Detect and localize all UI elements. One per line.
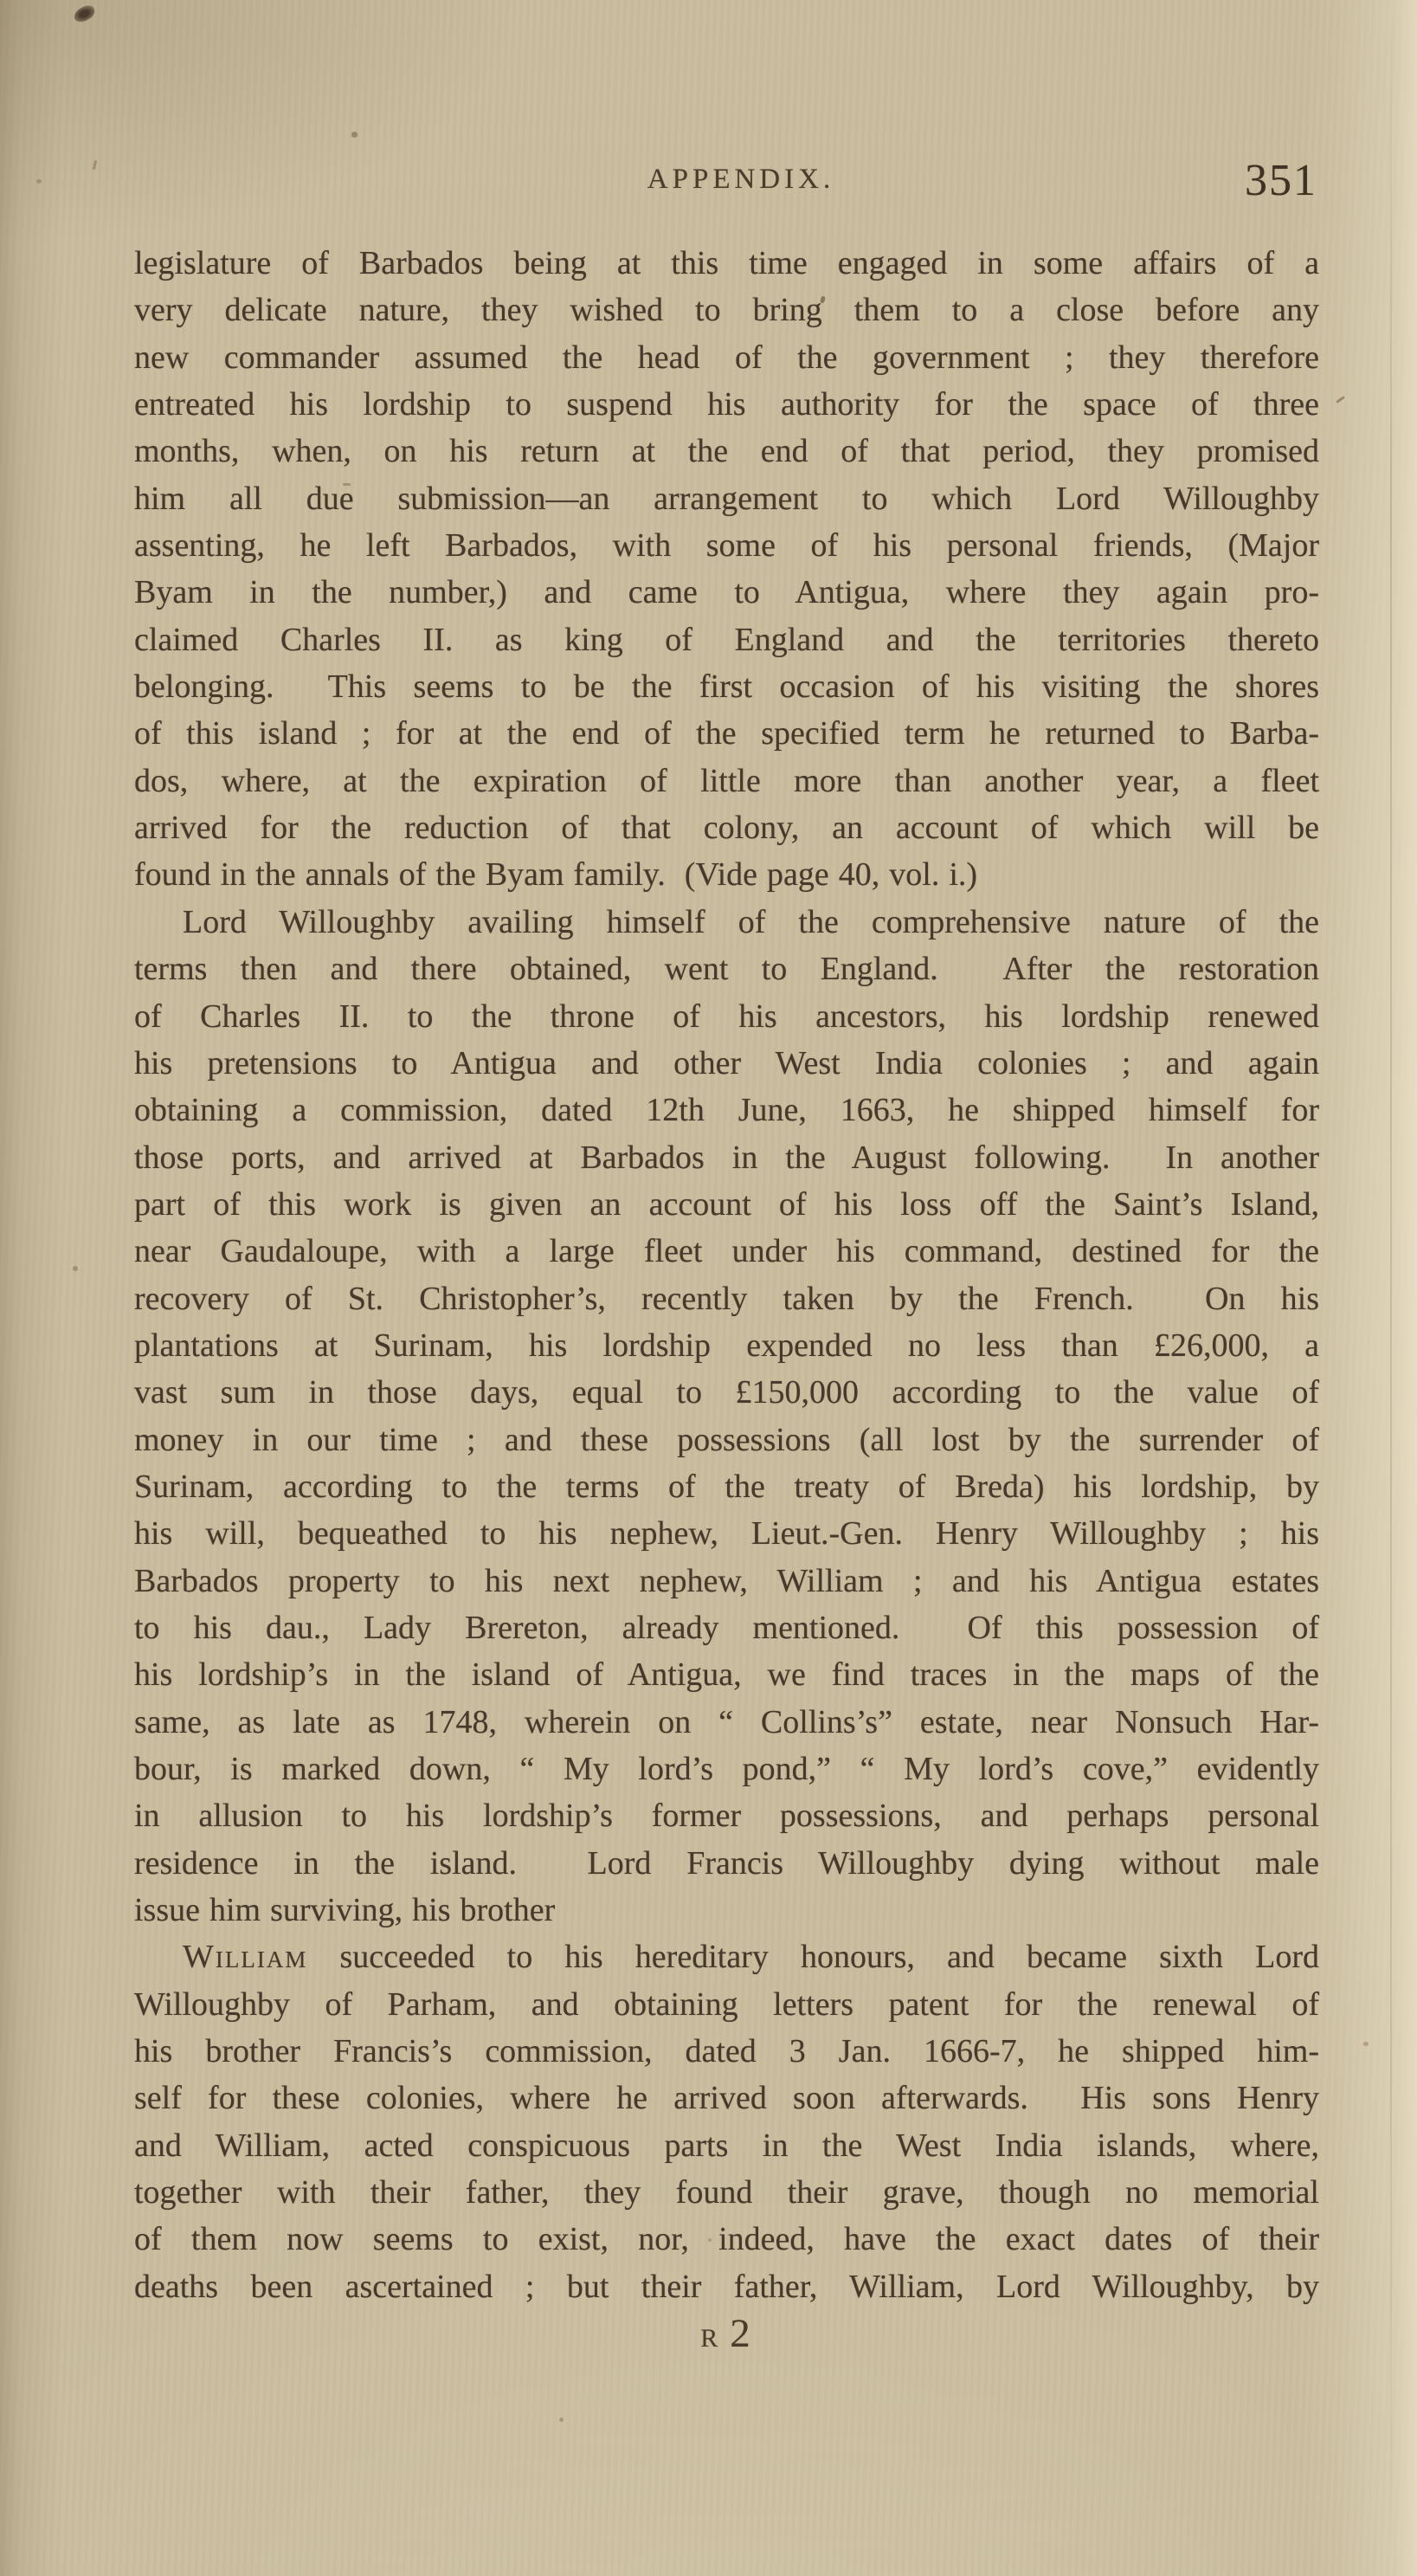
ink-speck — [559, 2418, 564, 2422]
signature-mark: R2 — [132, 2310, 1319, 2357]
ink-blob — [72, 3, 97, 24]
text-line: found in the annals of the Byam family. … — [134, 851, 1319, 898]
text-line: of Charles II. to the throne of his ance… — [134, 993, 1319, 1040]
book-page: APPENDIX. 351 legislature of Barbados be… — [0, 0, 1417, 2576]
text-line: same, as late as 1748, wherein on “ Coll… — [134, 1699, 1319, 1746]
text-line: Willoughby of Parham, and obtaining lett… — [134, 1981, 1319, 2028]
text-line: his lordship’s in the island of Antigua,… — [134, 1651, 1319, 1698]
text-line: money in our time ; and these possession… — [134, 1417, 1319, 1463]
text-line: of this island ; for at the end of the s… — [134, 710, 1319, 757]
ink-speck — [351, 132, 357, 138]
text-line: arrived for the reduction of that colony… — [134, 804, 1319, 851]
ink-speck — [93, 160, 97, 170]
page-edge-crease — [1390, 0, 1392, 2576]
text-line: entreated his lordship to suspend his au… — [134, 381, 1319, 428]
text-line: belonging. This seems to be the first oc… — [134, 663, 1319, 710]
signature-prefix: R — [700, 2324, 718, 2353]
ink-speck — [1363, 2042, 1369, 2046]
text-line: Lord Willoughby availing himself of the … — [134, 899, 1319, 946]
page-number: 351 — [1245, 155, 1317, 206]
text-line: together with their father, they found t… — [134, 2169, 1319, 2216]
text-line: very delicate nature, they wished to bri… — [134, 287, 1319, 333]
text-line: part of this work is given an account of… — [134, 1181, 1319, 1228]
ink-speck — [1336, 396, 1345, 404]
text-line: months, when, on his return at the end o… — [134, 428, 1319, 475]
text-line: self for these colonies, where he arrive… — [134, 2075, 1319, 2121]
text-line: to his dau., Lady Brereton, already ment… — [134, 1604, 1319, 1651]
smallcaps-lead: William — [183, 1939, 307, 1975]
text-line: bour, is marked down, “ My lord’s pond,”… — [134, 1746, 1319, 1792]
text-line: new commander assumed the head of the go… — [134, 334, 1319, 381]
text-line: of them now seems to exist, nor, indeed,… — [134, 2216, 1319, 2263]
text-line: those ports, and arrived at Barbados in … — [134, 1134, 1319, 1181]
text-line: near Gaudaloupe, with a large fleet unde… — [134, 1228, 1319, 1275]
text-line: vast sum in those days, equal to £150,00… — [134, 1369, 1319, 1416]
text-line: dos, where, at the expiration of little … — [134, 758, 1319, 804]
text-line: and William, acted conspicuous parts in … — [134, 2122, 1319, 2169]
text-line: plantations at Surinam, his lordship exp… — [134, 1322, 1319, 1369]
text-line: residence in the island. Lord Francis Wi… — [134, 1840, 1319, 1887]
ink-speck — [36, 179, 42, 184]
text-line: Surinam, according to the terms of the t… — [134, 1463, 1319, 1510]
signature-number: 2 — [730, 2311, 750, 2356]
text-line: terms then and there obtained, went to E… — [134, 946, 1319, 992]
text-line: Byam in the number,) and came to Antigua… — [134, 569, 1319, 616]
text-line: deaths been ascertained ; but their fath… — [134, 2263, 1319, 2310]
running-title: APPENDIX. — [647, 164, 834, 196]
text-line: issue him surviving, his brother — [134, 1887, 1319, 1934]
text-line: Barbados property to his next nephew, Wi… — [134, 1558, 1319, 1604]
text-line: his pretensions to Antigua and other Wes… — [134, 1040, 1319, 1087]
text-line: in allusion to his lordship’s former pos… — [134, 1792, 1319, 1839]
text-line: his will, bequeathed to his nephew, Lieu… — [134, 1510, 1319, 1557]
body-text: legislature of Barbados being at this ti… — [134, 240, 1319, 2310]
text-line: his brother Francis’s commission, dated … — [134, 2028, 1319, 2075]
page-header: APPENDIX. 351 — [132, 144, 1319, 203]
text-line: obtaining a commission, dated 12th June,… — [134, 1087, 1319, 1133]
text-line: recovery of St. Christopher’s, recently … — [134, 1275, 1319, 1322]
text-line: legislature of Barbados being at this ti… — [134, 240, 1319, 287]
text-line: William succeeded to his hereditary hono… — [134, 1934, 1319, 1980]
text-line: claimed Charles II. as king of England a… — [134, 617, 1319, 663]
ink-speck — [73, 1266, 78, 1271]
text-line: him all due submission—an arrangement to… — [134, 475, 1319, 522]
text-line: assenting, he left Barbados, with some o… — [134, 522, 1319, 569]
